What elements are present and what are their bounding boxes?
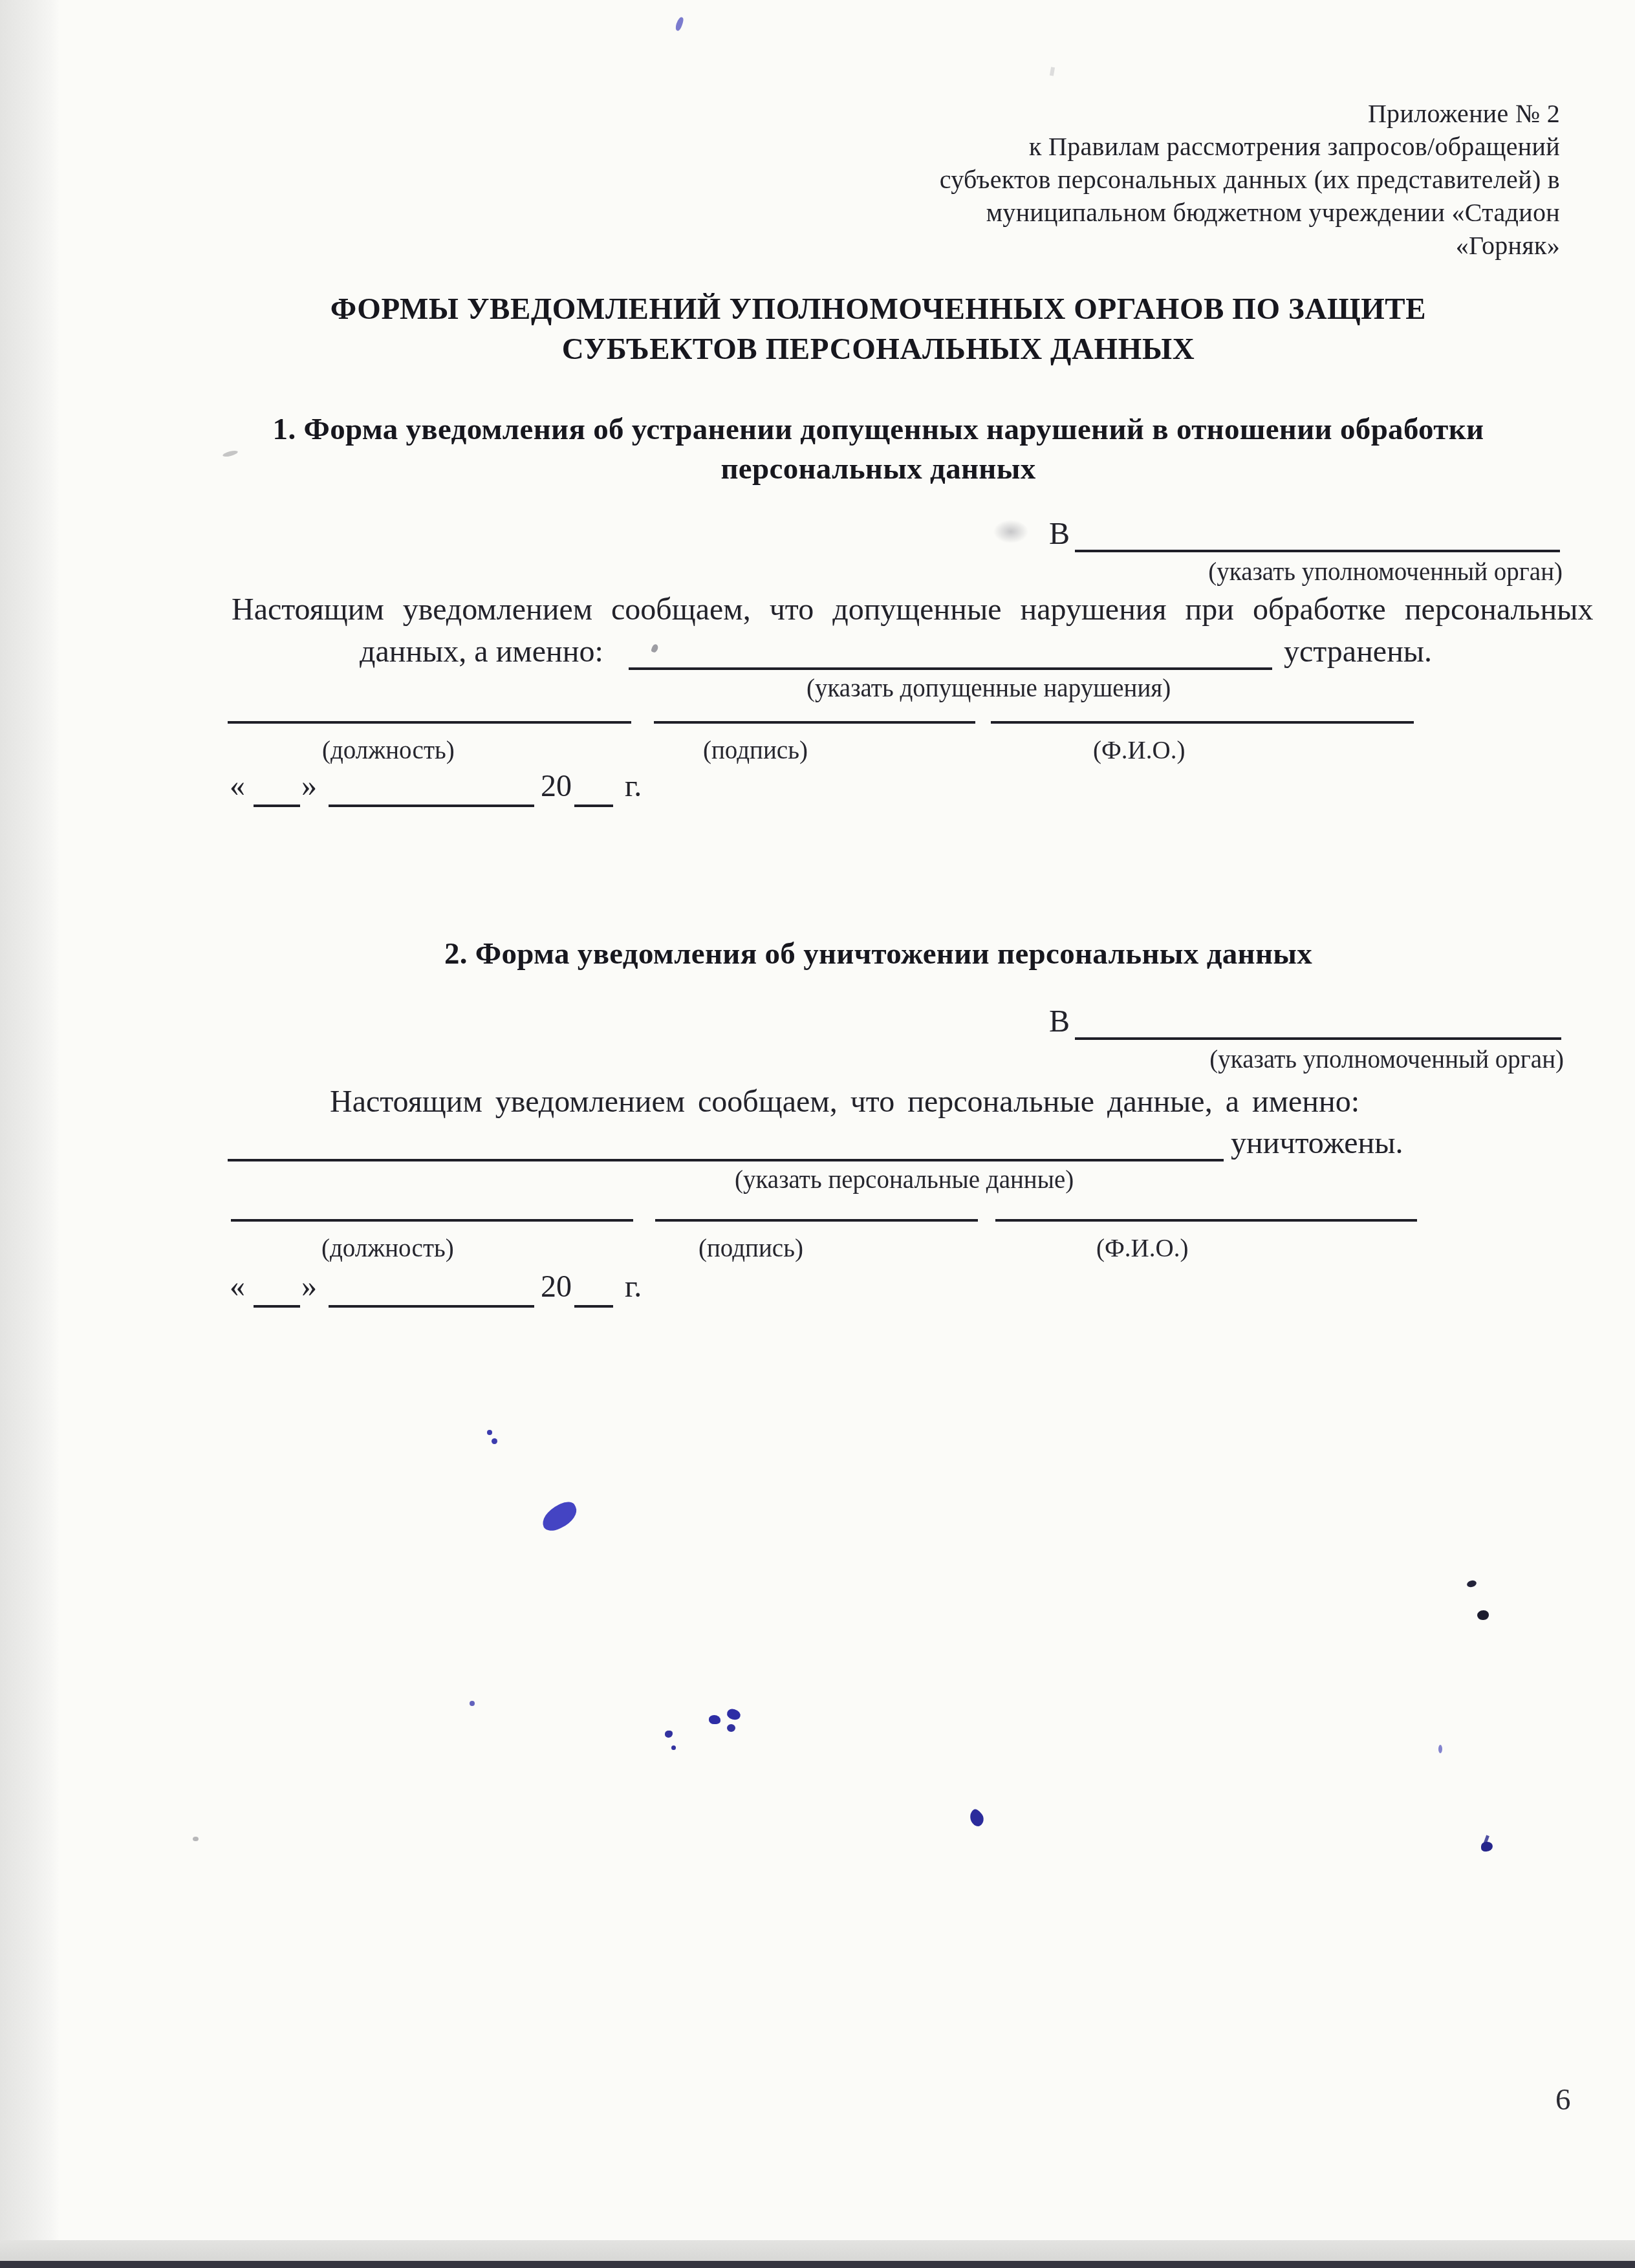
form1-addressee-blank-line (1075, 550, 1560, 552)
ink-dot (1466, 1579, 1477, 1588)
form1-addressee-caption: (указать уполномоченный орган) (1208, 557, 1563, 587)
ink-dot (1481, 1842, 1493, 1852)
form1-date-year-suffix: г. (625, 768, 642, 804)
ink-dot (727, 1724, 735, 1732)
form2-position-line (231, 1219, 633, 1222)
header-line: «Горняк» (940, 229, 1560, 262)
form2-position-label: (должность) (321, 1234, 454, 1263)
ink-blot (537, 1498, 581, 1535)
form2-date-open-quote: « (230, 1269, 245, 1304)
ink-dot (1438, 1745, 1442, 1753)
form1-heading: 1. Форма уведомления об устранении допущ… (194, 410, 1563, 489)
header-line: муниципальном бюджетном учреждении «Стад… (940, 196, 1560, 229)
form1-date-close-quote: » (301, 768, 317, 804)
form1-violations-blank-line (629, 667, 1272, 670)
ink-mark (675, 16, 684, 32)
ink-mark (966, 1808, 986, 1829)
form2-signature-line (655, 1219, 978, 1222)
form2-addressee-prefix: В (1049, 1004, 1070, 1039)
form1-signature-label: (подпись) (703, 736, 808, 765)
form2-blank-caption: (указать персональные данные) (735, 1165, 1074, 1194)
form1-name-label: (Ф.И.О.) (1093, 736, 1185, 765)
form1-position-line (228, 721, 631, 724)
scan-speck (1050, 67, 1055, 76)
form2-date-month-blank (329, 1305, 534, 1308)
header-line: Приложение № 2 (940, 97, 1560, 130)
form2-name-label: (Ф.И.О.) (1096, 1234, 1188, 1263)
form2-date-century: 20 (541, 1269, 572, 1304)
scan-smudge (993, 520, 1028, 543)
form1-name-line (991, 721, 1414, 724)
form1-body-line2-suffix: устранены. (1284, 634, 1432, 669)
form1-date-year-blank (574, 805, 613, 807)
form1-body-line1: Настоящим уведомлением сообщаем, что доп… (232, 592, 1593, 627)
ink-dot (1477, 1610, 1489, 1620)
ink-dot (487, 1430, 492, 1435)
scanned-page: Приложение № 2 к Правилам рассмотрения з… (0, 0, 1635, 2268)
form2-heading: 2. Форма уведомления об уничтожении перс… (194, 936, 1563, 971)
header-line: к Правилам рассмотрения запросов/обращен… (940, 130, 1560, 163)
header-block: Приложение № 2 к Правилам рассмотрения з… (940, 97, 1560, 262)
form2-date-year-blank (574, 1305, 613, 1308)
form2-signature-label: (подпись) (698, 1234, 803, 1263)
form2-date-close-quote: » (301, 1269, 317, 1304)
ink-dot (671, 1745, 676, 1750)
page-title-line1: ФОРМЫ УВЕДОМЛЕНИЙ УПОЛНОМОЧЕННЫХ ОРГАНОВ… (194, 289, 1563, 329)
form1-heading-line1: 1. Форма уведомления об устранении допущ… (194, 410, 1563, 449)
scan-edge-left (0, 0, 60, 2244)
form1-signature-line (654, 721, 975, 724)
header-line: субъектов персональных данных (их предст… (940, 163, 1560, 196)
form2-date-year-suffix: г. (625, 1269, 642, 1304)
form2-name-line (995, 1219, 1417, 1222)
form1-heading-line2: персональных данных (194, 449, 1563, 489)
ink-dot (470, 1701, 475, 1706)
form2-date-day-blank (254, 1305, 300, 1308)
page-title: ФОРМЫ УВЕДОМЛЕНИЙ УПОЛНОМОЧЕННЫХ ОРГАНОВ… (194, 289, 1563, 369)
form2-addressee-caption: (указать уполномоченный орган) (1209, 1045, 1564, 1074)
form1-position-label: (должность) (322, 736, 455, 765)
page-number: 6 (1555, 2082, 1571, 2117)
form1-date-day-blank (254, 805, 300, 807)
ink-dot (665, 1731, 673, 1738)
form2-body-line1: Настоящим уведомлением сообщаем, что пер… (330, 1084, 1359, 1119)
form1-body-line2-prefix: данных, а именно: (360, 634, 603, 669)
ink-dot (492, 1438, 497, 1444)
form1-addressee-prefix: В (1049, 516, 1070, 552)
form2-body-line2-suffix: уничтожены. (1231, 1125, 1403, 1161)
page-title-line2: СУБЪЕКТОВ ПЕРСОНАЛЬНЫХ ДАННЫХ (194, 329, 1563, 369)
scan-speck (193, 1837, 199, 1841)
scan-speck (651, 643, 659, 653)
form1-blank-caption: (указать допущенные нарушения) (807, 674, 1171, 703)
scan-edge-bottom-dark (0, 2261, 1635, 2268)
form1-date-month-blank (329, 805, 534, 807)
ink-dot (709, 1715, 720, 1724)
form2-data-blank-line (228, 1159, 1224, 1161)
form1-date-open-quote: « (230, 768, 245, 804)
form2-addressee-blank-line (1075, 1037, 1561, 1040)
scan-edge-bottom (0, 2240, 1635, 2262)
ink-dot (726, 1708, 741, 1722)
form1-date-century: 20 (541, 768, 572, 804)
